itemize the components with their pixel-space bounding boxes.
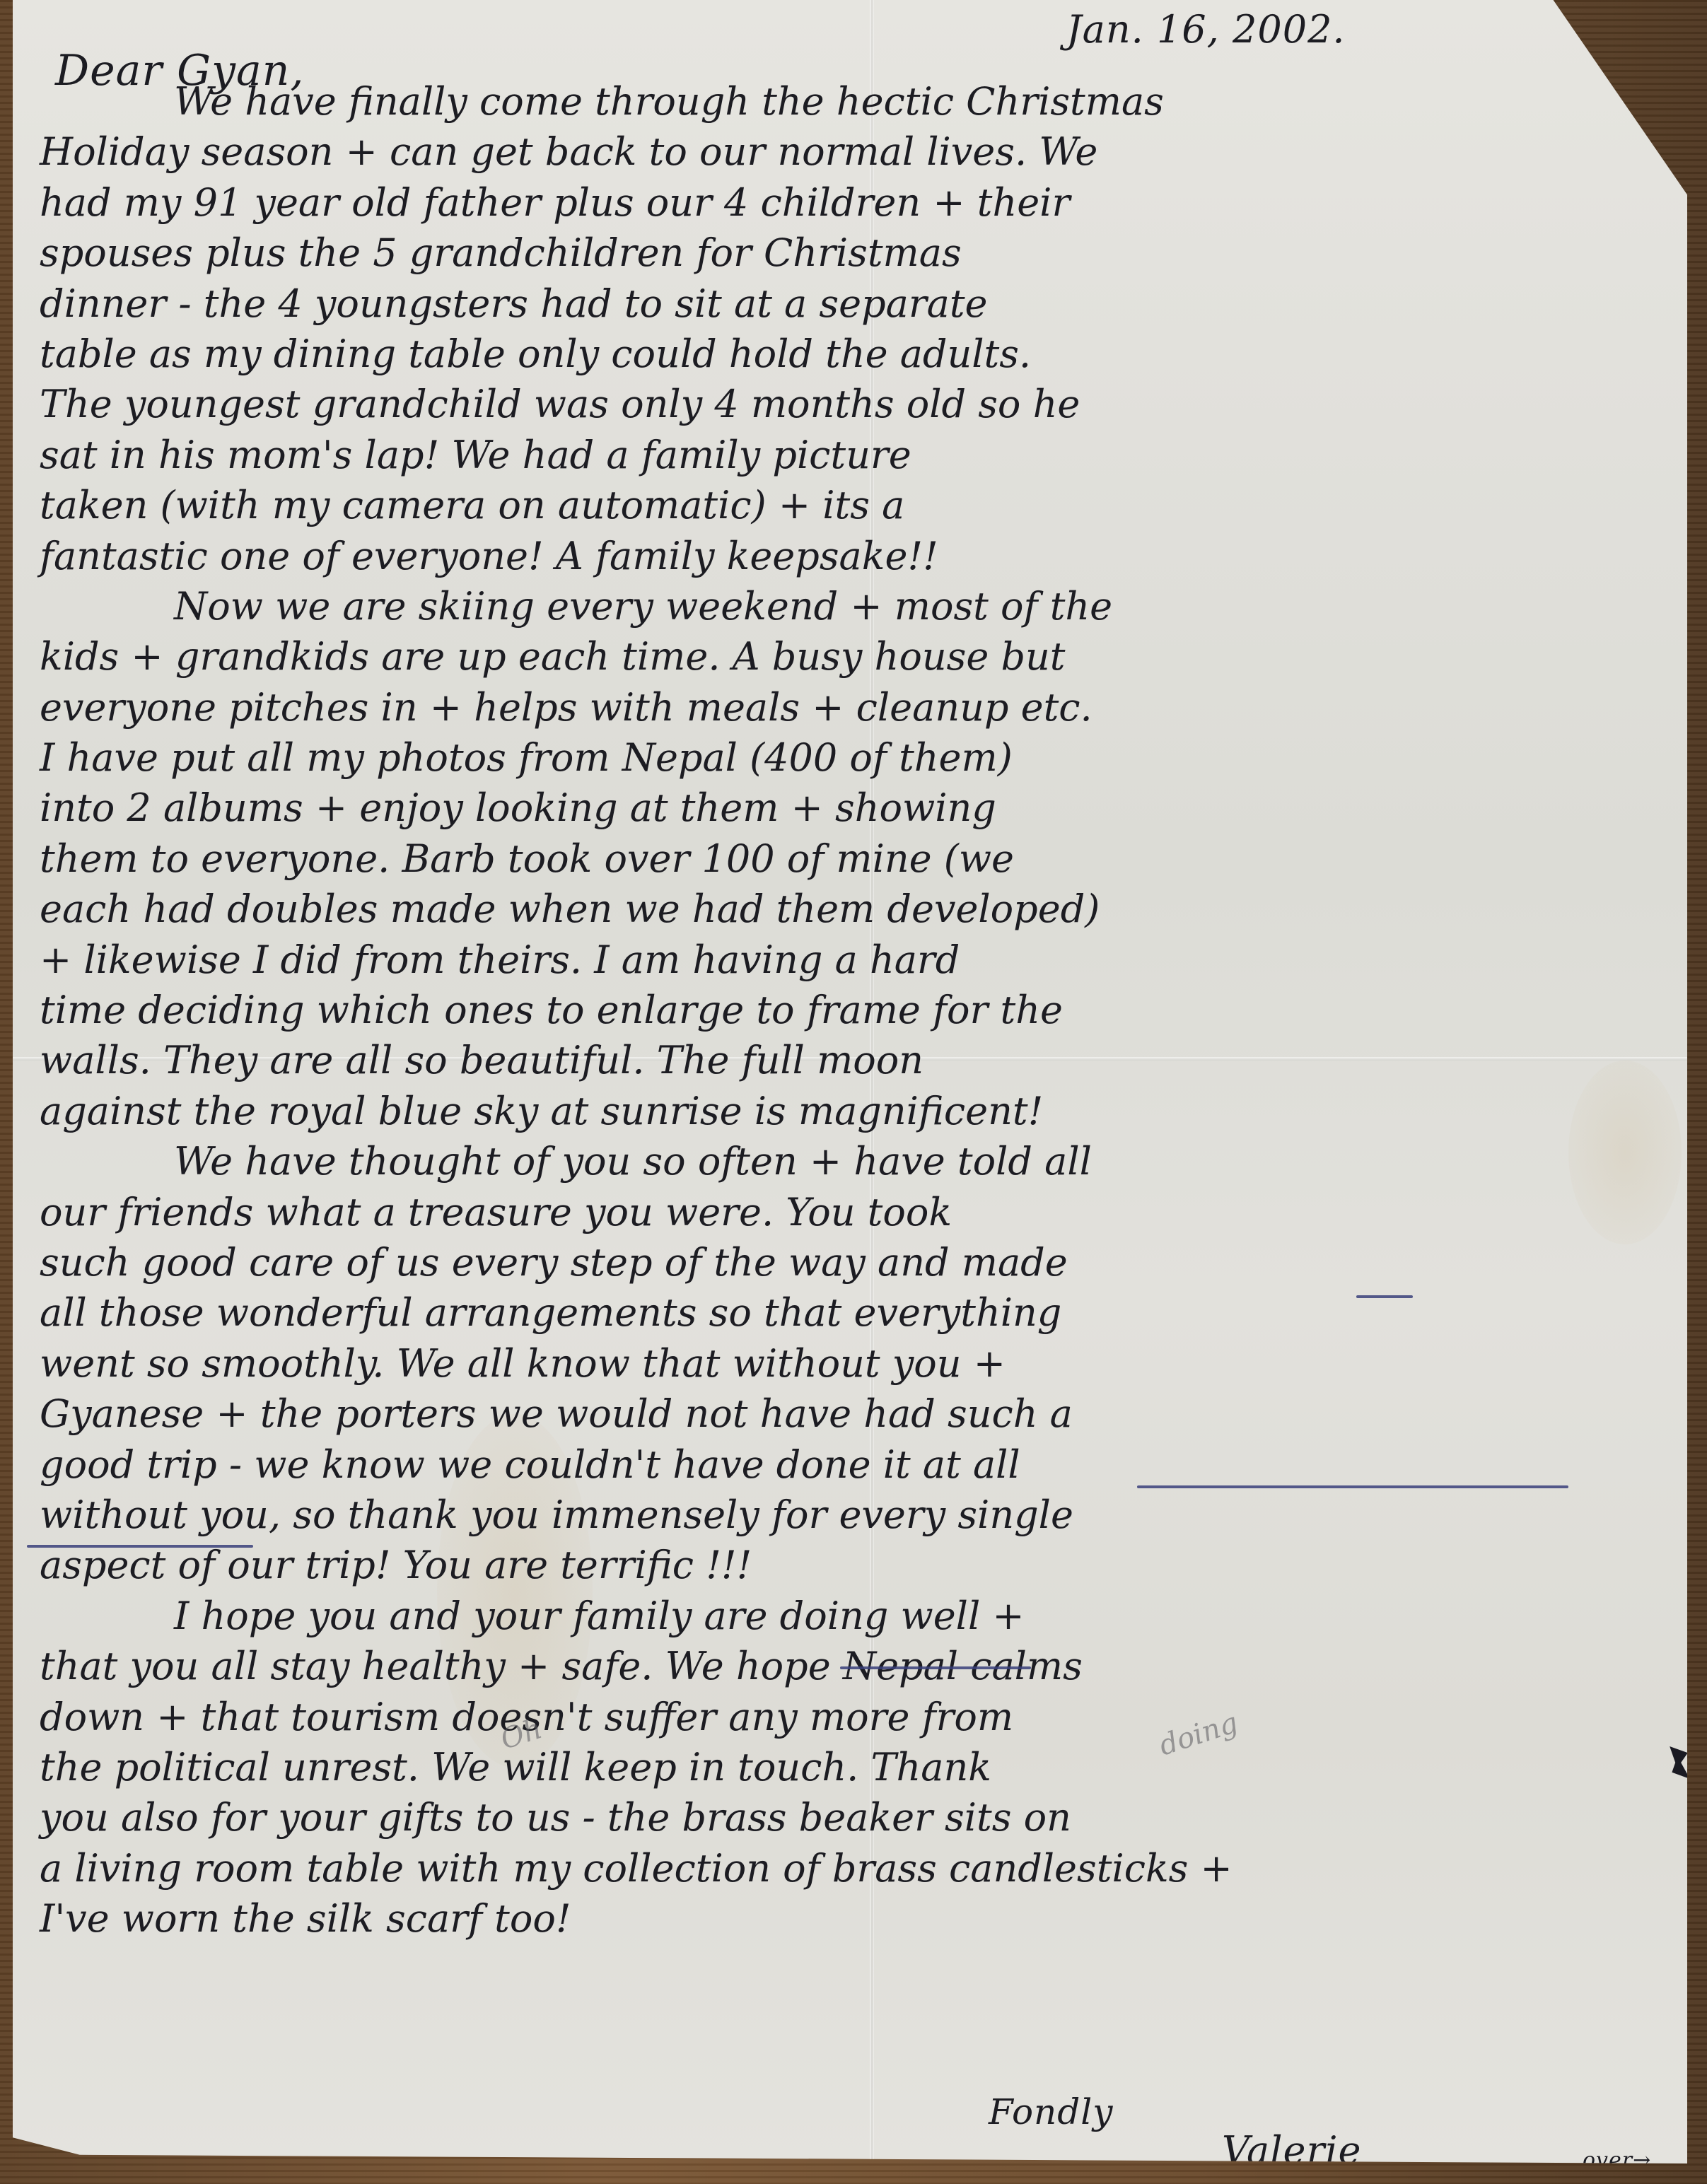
letter-body: We have finally come through the hectic … (40, 76, 1687, 1944)
letter-line: each had doubles made when we had them d… (40, 884, 1687, 934)
letter-closing: Fondly (989, 2091, 1114, 2132)
letter-line: I have put all my photos from Nepal (400… (40, 732, 1687, 783)
letter-line: a living room table with my collection o… (40, 1843, 1687, 1893)
letter-line: into 2 albums + enjoy looking at them + … (40, 783, 1687, 833)
letter-line: taken (with my camera on automatic) + it… (40, 480, 1687, 530)
letter-line: without you, so thank you immensely for … (40, 1490, 1687, 1540)
letter-line: aspect of our trip! You are terrific !!! (40, 1540, 1687, 1590)
letter-date: Jan. 16, 2002. (1066, 7, 1346, 52)
letter-line: the political unrest. We will keep in to… (40, 1742, 1687, 1792)
letter-line: dinner - the 4 youngsters had to sit at … (40, 279, 1687, 329)
letter-line: We have finally come through the hectic … (40, 76, 1687, 127)
letter-line: fantastic one of everyone! A family keep… (40, 531, 1687, 581)
letter-line: good trip - we know we couldn't have don… (40, 1440, 1687, 1490)
letter-line: against the royal blue sky at sunrise is… (40, 1086, 1687, 1136)
letter-line: all those wonderful arrangements so that… (40, 1287, 1687, 1338)
letter-line: went so smoothly. We all know that witho… (40, 1338, 1687, 1389)
letter-line: Now we are skiing every weekend + most o… (40, 581, 1687, 631)
letter-line: everyone pitches in + helps with meals +… (40, 682, 1687, 732)
letter-line: time deciding which ones to enlarge to f… (40, 985, 1687, 1035)
letter-line: I've worn the silk scarf too! (40, 1893, 1687, 1944)
letter-line: had my 91 year old father plus our 4 chi… (40, 177, 1687, 228)
letter-line: Holiday season + can get back to our nor… (40, 127, 1687, 177)
letter-line: We have thought of you so often + have t… (40, 1136, 1687, 1186)
letter-line: them to everyone. Barb took over 100 of … (40, 834, 1687, 884)
letter-line: table as my dining table only could hold… (40, 329, 1687, 379)
underline-without-you (1137, 1485, 1568, 1488)
letter-line: The youngest grandchild was only 4 month… (40, 379, 1687, 429)
underline-full (1356, 1295, 1413, 1298)
letter-line: sat in his mom's lap! We had a family pi… (40, 430, 1687, 480)
letter-line: I hope you and your family are doing wel… (40, 1591, 1687, 1641)
letter-paper: Jan. 16, 2002. Dear Gyan, We have finall… (13, 0, 1687, 2163)
letter-line: you also for your gifts to us - the bras… (40, 1792, 1687, 1843)
letter-line: our friends what a treasure you were. Yo… (40, 1187, 1687, 1237)
underline-immensely (840, 1666, 1031, 1669)
letter-line: down + that tourism doesn't suffer any m… (40, 1692, 1687, 1742)
underline-gyanese (27, 1545, 253, 1548)
letter-line: Gyanese + the porters we would not have … (40, 1389, 1687, 1439)
letter-line: walls. They are all so beautiful. The fu… (40, 1035, 1687, 1085)
letter-line: + likewise I did from theirs. I am havin… (40, 935, 1687, 985)
letter-line: spouses plus the 5 grandchildren for Chr… (40, 228, 1687, 278)
letter-line: such good care of us every step of the w… (40, 1237, 1687, 1287)
letter-line: kids + grandkids are up each time. A bus… (40, 631, 1687, 682)
